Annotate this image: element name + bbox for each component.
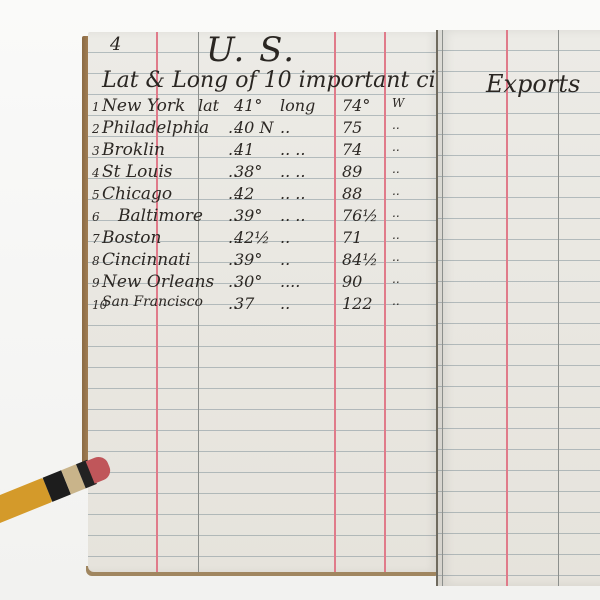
ledger-right-page: Exports (438, 30, 600, 586)
longitude-value: 74° (342, 96, 370, 115)
longitude-value: 76½ (342, 206, 378, 225)
longitude-value: 89 (342, 162, 362, 181)
city-name: Boston (102, 228, 161, 248)
latitude-value: 30° (234, 272, 262, 291)
latitude-value: 39° (234, 206, 262, 225)
grey-margin-rule (442, 30, 443, 586)
row-number: 6 (92, 210, 100, 224)
city-name: Broklin (102, 140, 165, 160)
direction-mark: .. (392, 294, 400, 308)
table-row: 8 Cincinnati .. 39° .. 84½ .. (88, 250, 438, 272)
latitude-value: 38° (234, 162, 262, 181)
table-row: 6 Baltimore .. 39° .. .. 76½ .. (88, 206, 438, 228)
long-label: long (280, 96, 315, 115)
latitude-value: 40 N (234, 118, 273, 137)
direction-mark: .. (392, 184, 400, 198)
row-number: 7 (92, 232, 100, 246)
direction-mark: .. (392, 162, 400, 176)
long-label: .. (280, 250, 290, 269)
table-row: 5 Chicago .. 42 .. .. 88 .. (88, 184, 438, 206)
ledger-left-page: 4 U. S. Lat & Long of 10 important citie… (88, 32, 438, 572)
long-label: .. (280, 118, 290, 137)
direction-mark: .. (392, 206, 400, 220)
city-name: San Francisco (102, 294, 203, 310)
long-label: .. .. (280, 140, 305, 159)
page-subtitle: Lat & Long of 10 important cities (102, 68, 438, 93)
city-name: New York (102, 96, 185, 116)
direction-mark: .. (392, 272, 400, 286)
table-row: 9 New Orleans .. 30° .... 90 .. (88, 272, 438, 294)
table-row: 3 Broklin .. 41 .. .. 74 .. (88, 140, 438, 162)
longitude-value: 84½ (342, 250, 378, 269)
table-row: 7 Boston .. 42½ .. 71 .. (88, 228, 438, 250)
page-number: 4 (110, 34, 121, 55)
exports-heading: Exports (486, 70, 580, 98)
long-label: .. (280, 228, 290, 247)
direction-mark: .. (392, 228, 400, 242)
grey-column-rule (558, 30, 559, 586)
table-row: 2 Philadelphia .. 40 N .. 75 .. (88, 118, 438, 140)
direction-mark: W (392, 96, 404, 110)
latitude-value: 37 (234, 294, 254, 313)
longitude-value: 75 (342, 118, 362, 137)
row-number: 3 (92, 144, 100, 158)
longitude-value: 122 (342, 294, 373, 313)
row-number: 1 (92, 100, 100, 114)
row-number: 5 (92, 188, 100, 202)
city-name: New Orleans (102, 272, 214, 292)
latitude-value: 41 (234, 140, 254, 159)
direction-mark: .. (392, 250, 400, 264)
table-row: 1 New York lat 41° long 74° W (88, 96, 438, 118)
table-row: 10 San Francisco .. 37 .. 122 .. (88, 294, 438, 316)
city-name: Philadelphia (102, 118, 209, 138)
lat-label: lat (198, 96, 219, 115)
row-number: 4 (92, 166, 100, 180)
direction-mark: .. (392, 118, 400, 132)
latitude-value: 42½ (234, 228, 270, 247)
long-label: .. (280, 294, 290, 313)
long-label: .... (280, 272, 300, 291)
city-name: Baltimore (118, 206, 203, 226)
latitude-value: 42 (234, 184, 254, 203)
longitude-value: 90 (342, 272, 362, 291)
table-row: 4 St Louis .. 38° .. .. 89 .. (88, 162, 438, 184)
longitude-value: 74 (342, 140, 362, 159)
longitude-value: 71 (342, 228, 362, 247)
row-number: 2 (92, 122, 100, 136)
latitude-value: 39° (234, 250, 262, 269)
city-name: St Louis (102, 162, 173, 182)
longitude-value: 88 (342, 184, 362, 203)
direction-mark: .. (392, 140, 400, 154)
row-number: 9 (92, 276, 100, 290)
red-column-rule (506, 30, 508, 586)
long-label: .. .. (280, 184, 305, 203)
city-name: Cincinnati (102, 250, 191, 270)
latitude-value: 41° (234, 96, 262, 115)
page-title: U. S. (206, 32, 296, 70)
city-name: Chicago (102, 184, 172, 204)
row-number: 8 (92, 254, 100, 268)
long-label: .. .. (280, 162, 305, 181)
long-label: .. .. (280, 206, 305, 225)
